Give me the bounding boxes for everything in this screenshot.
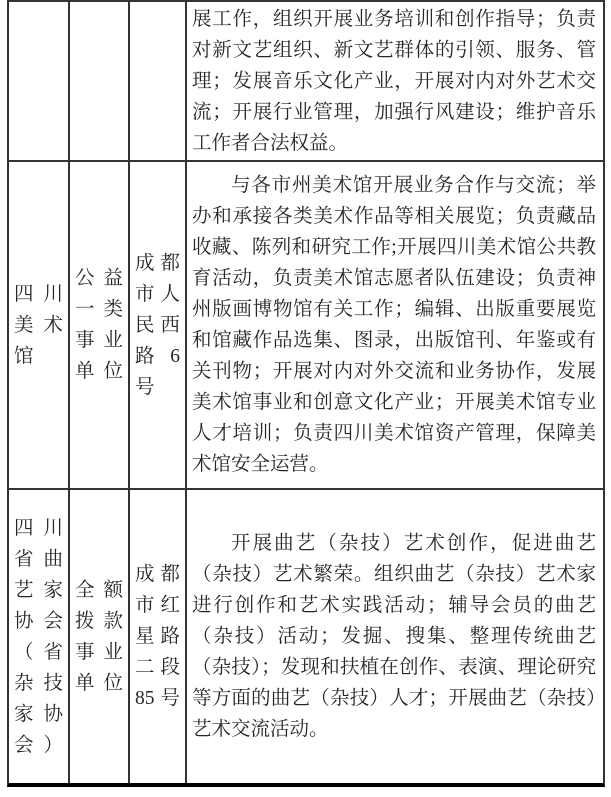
- org-name-cell: [9, 2, 70, 162]
- org-category: 公益一类事业单位: [70, 263, 128, 387]
- org-category-cell: 公益一类事业单位: [70, 162, 130, 490]
- v-line: 民西: [135, 310, 180, 341]
- v-line: 二段: [135, 652, 180, 683]
- v-line: 杂技: [14, 668, 63, 699]
- v-line: 成都: [135, 559, 180, 590]
- org-address-cell: 成都市人民西路6号: [130, 162, 187, 490]
- v-line: 会）: [14, 730, 63, 761]
- v-line: 四川: [14, 279, 63, 310]
- v-line: 市红: [135, 590, 180, 621]
- v-line: 家协: [14, 699, 63, 730]
- v-line: 拨款: [75, 606, 123, 637]
- org-name-cell: 四川省曲艺家协会（省杂技家协会）: [9, 490, 70, 783]
- org-address: 成都市红星路二段85号: [130, 559, 185, 714]
- v-line: 一类: [75, 294, 123, 325]
- org-duties-text: 与各市州美术馆开展业务合作与交流；举办和承接各类美术作品等相关展览；负责藏品收藏…: [192, 170, 596, 480]
- org-name-cell: 四川美术馆: [9, 162, 70, 490]
- v-line: 全额: [75, 575, 123, 606]
- org-duties-cell: 开展曲艺（杂技）艺术创作，促进曲艺（杂技）艺术繁荣。组织曲艺（杂技）艺术家进行创…: [187, 490, 603, 783]
- org-address-cell: [130, 2, 187, 162]
- v-line: 市人: [135, 279, 180, 310]
- v-line: 事业: [75, 637, 123, 668]
- v-line: 单位: [75, 668, 123, 699]
- org-address-cell: 成都市红星路二段85号: [130, 490, 187, 783]
- v-line: 协会: [14, 606, 63, 637]
- org-table: 展工作，组织开展业务培训和创作指导；负责对新文艺组织、新文艺群体的引领、服务、管…: [7, 0, 605, 787]
- v-line: 公益: [75, 263, 123, 294]
- org-duties-text: 展工作，组织开展业务培训和创作指导；负责对新文艺组织、新文艺群体的引领、服务、管…: [192, 4, 596, 159]
- v-line: （省: [14, 637, 63, 668]
- org-category-cell: [70, 2, 130, 162]
- v-line: 馆: [14, 341, 63, 372]
- v-line: 单位: [75, 356, 123, 387]
- org-duties-cell: 展工作，组织开展业务培训和创作指导；负责对新文艺组织、新文艺群体的引领、服务、管…: [187, 2, 603, 162]
- v-line: 事业: [75, 325, 123, 356]
- v-line: 四川: [14, 513, 63, 544]
- org-name: 四川省曲艺家协会（省杂技家协会）: [9, 513, 68, 761]
- org-address: 成都市人民西路6号: [130, 248, 185, 403]
- org-category-cell: 全额拨款事业单位: [70, 490, 130, 783]
- v-line: 85号: [135, 683, 180, 714]
- v-line: 美术: [14, 310, 63, 341]
- v-line: 路6: [135, 341, 180, 372]
- document-page: { "document": { "colors": { "grid_line":…: [0, 0, 611, 797]
- v-line: 号: [135, 372, 180, 403]
- org-category: 全额拨款事业单位: [70, 575, 128, 699]
- v-line: 成都: [135, 248, 180, 279]
- v-line: 省曲: [14, 544, 63, 575]
- org-duties-cell: 与各市州美术馆开展业务合作与交流；举办和承接各类美术作品等相关展览；负责藏品收藏…: [187, 162, 603, 490]
- org-name: 四川美术馆: [9, 279, 68, 372]
- v-line: 艺家: [14, 575, 63, 606]
- org-duties-text: 开展曲艺（杂技）艺术创作，促进曲艺（杂技）艺术繁荣。组织曲艺（杂技）艺术家进行创…: [192, 528, 596, 745]
- v-line: 星路: [135, 621, 180, 652]
